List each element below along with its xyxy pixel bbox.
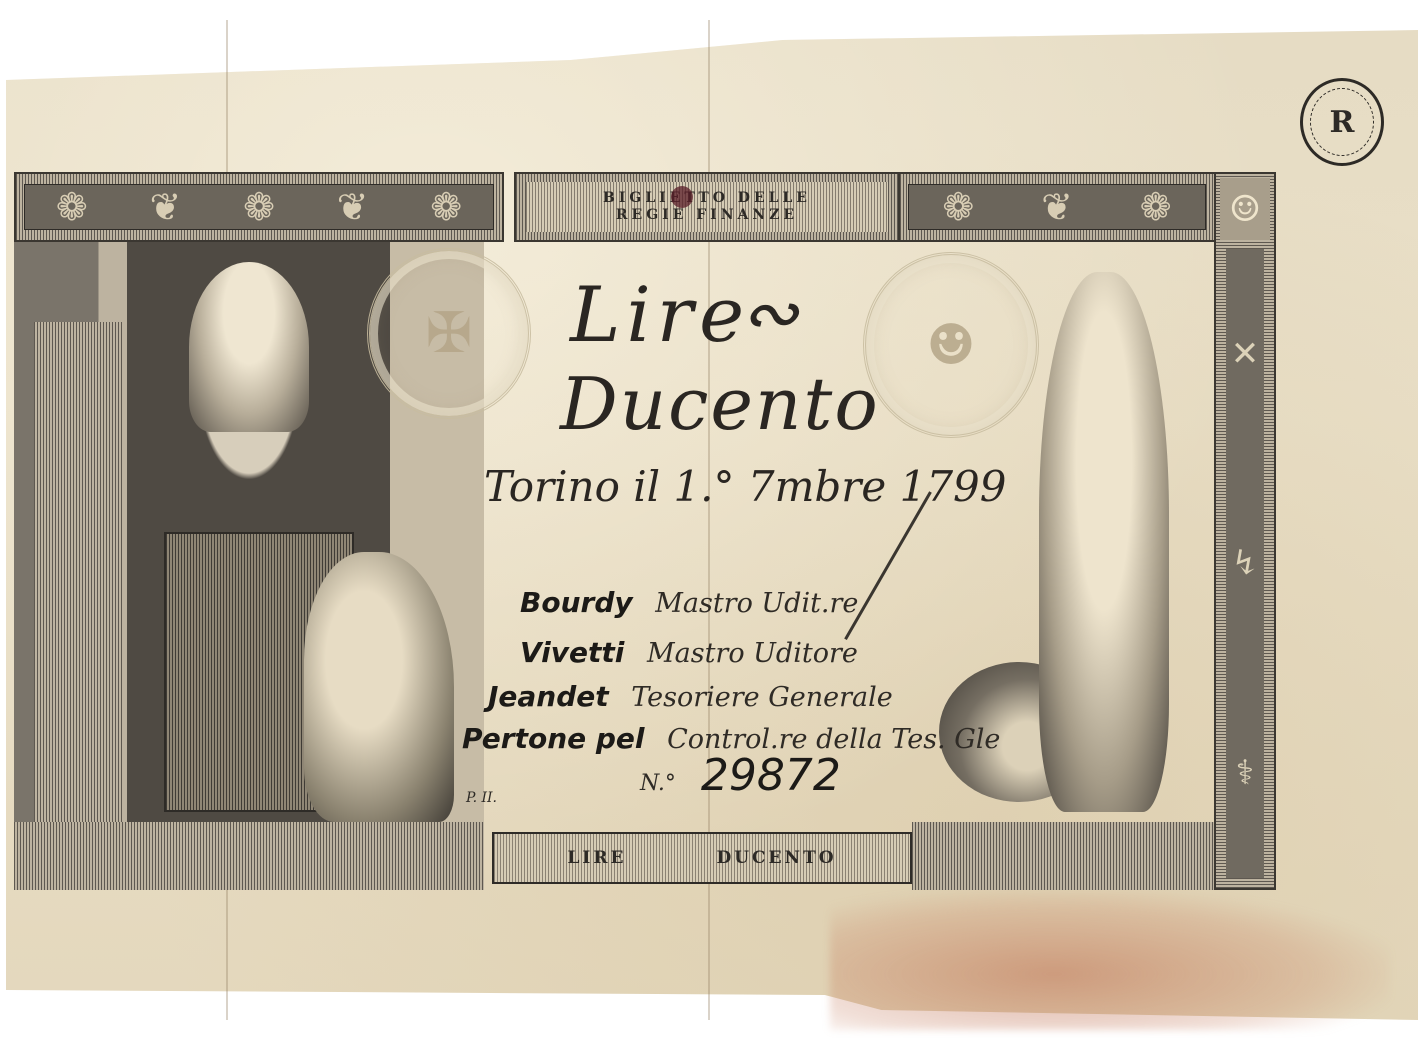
signature-handwritten: Pertone pel (462, 722, 645, 755)
signature-row: Vivetti Mastro Uditore (520, 636, 858, 669)
acanthus-scroll-icon: ❁ (942, 188, 974, 226)
serial-value: 29872 (701, 750, 841, 801)
royal-bust (189, 262, 309, 432)
signature-handwritten: Vivetti (520, 636, 624, 669)
signature-title: Mastro Uditore (647, 638, 858, 669)
issuer-title-panel: BIGLIETTO DELLE REGIE FINANZE (514, 172, 900, 242)
collector-stamp: R (1300, 78, 1384, 166)
panel-word-lire: LIRE (567, 848, 626, 868)
red-stain (830, 890, 1390, 1030)
denomination-script-ducento: Ducento (560, 362, 880, 446)
pilaster-shaft: ✕ ↯ ⚕ (1226, 249, 1264, 878)
kneeling-figure (304, 552, 454, 822)
right-ornamental-frieze: ❁ ❦ ❁ (898, 172, 1216, 242)
acanthus-scroll-icon: ❁ (243, 188, 275, 226)
signature-title: Mastro Udit.re (655, 588, 858, 619)
engraver-mark: P. II. (466, 790, 497, 806)
acanthus-scroll-icon: ❦ (149, 188, 181, 226)
serial-number: N.° 29872 (640, 750, 841, 801)
left-ornamental-frieze: ❁ ❦ ❁ ❦ ❁ (14, 172, 504, 242)
signature-handwritten: Jeandet (488, 680, 609, 713)
portrait-icon: ☻ (926, 313, 976, 378)
panel-word-ducento: DUCENTO (716, 848, 836, 868)
signature-handwritten: Bourdy (520, 586, 633, 619)
eagle-icon: ✠ (426, 301, 473, 366)
denomination-script-lire: Lire (570, 270, 750, 359)
left-plinth (14, 822, 484, 890)
serial-label: N.° (640, 771, 676, 796)
blindfolded-head-icon: ☺ (1220, 178, 1270, 240)
right-plinth (912, 822, 1214, 890)
acanthus-scroll-icon: ❁ (56, 188, 88, 226)
issuer-line-1: BIGLIETTO DELLE (603, 190, 811, 207)
acanthus-scroll-icon: ❦ (1041, 188, 1073, 226)
denomination-panel: LIRE DUCENTO (492, 832, 912, 884)
acanthus-scroll-icon: ❁ (1140, 188, 1172, 226)
signature-row: Jeandet Tesoriere Generale (488, 680, 893, 713)
issuer-line-2: REGIE FINANZE (616, 207, 798, 224)
embossed-eagle-seal: ✠ (367, 248, 531, 419)
acanthus-scroll-icon: ❦ (337, 188, 369, 226)
right-pilaster: ☺ ✕ ↯ ⚕ (1214, 172, 1276, 890)
acanthus-scroll-icon: ❁ (430, 188, 462, 226)
signature-title: Tesoriere Generale (631, 682, 893, 713)
place-date: Torino il 1.° 7mbre 1799 (484, 462, 1006, 511)
caduceus-icon: ⚕ (1236, 753, 1254, 793)
flourish-icon: ∾ (740, 272, 799, 354)
ink-blot (671, 186, 693, 208)
stamp-monogram: R (1330, 105, 1355, 140)
crossed-torches-icon: ✕ (1231, 334, 1260, 374)
column (34, 322, 124, 822)
signature-row: Bourdy Mastro Udit.re (520, 586, 858, 619)
helmeted-warrior (1039, 272, 1169, 812)
thunderbolt-icon: ↯ (1231, 543, 1260, 583)
embossed-portrait-seal: ☻ (863, 252, 1039, 438)
